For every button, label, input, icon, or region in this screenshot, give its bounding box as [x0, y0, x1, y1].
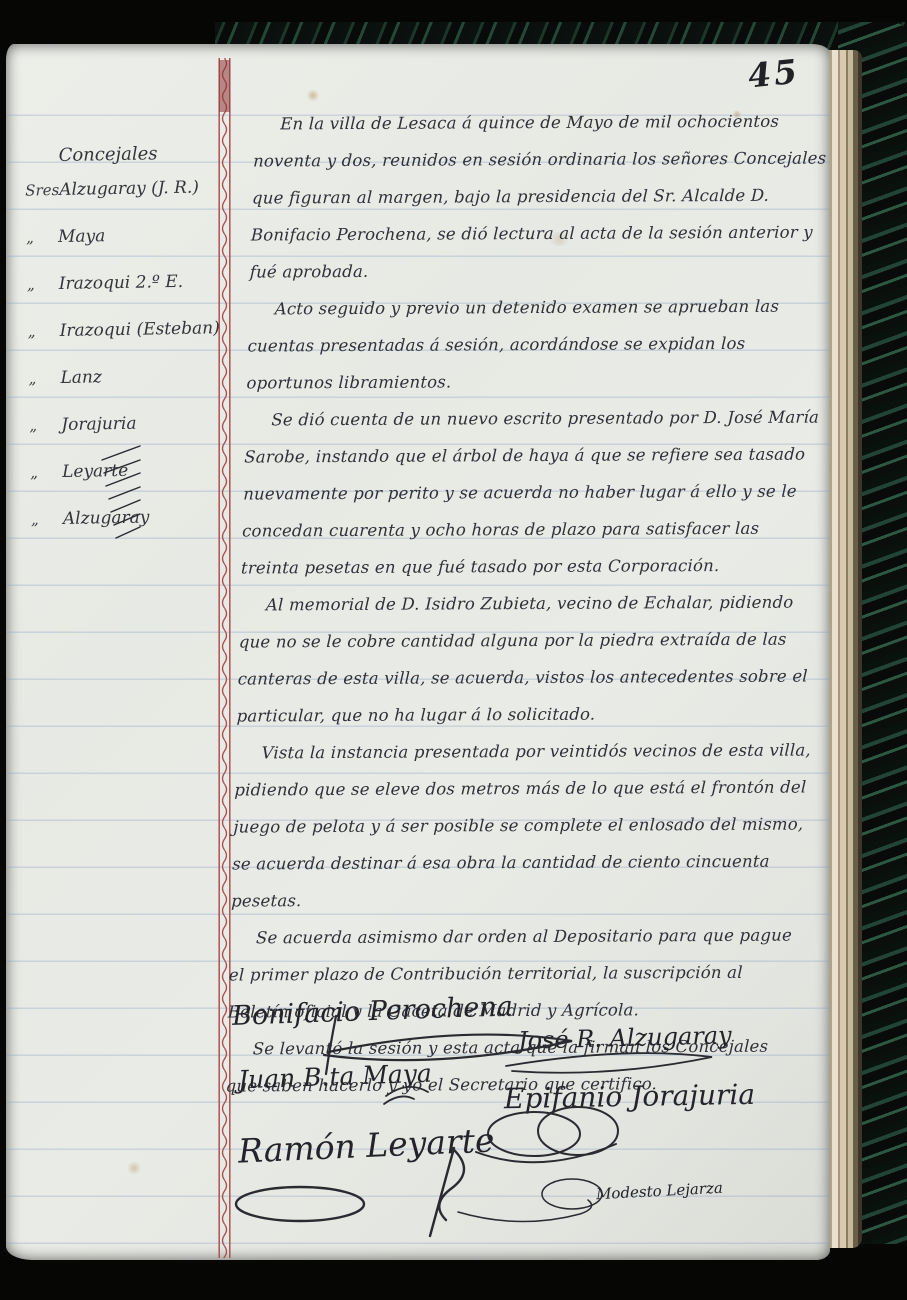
ditto-mark: „ — [30, 463, 62, 482]
signature-flourish-leyarte — [236, 1148, 464, 1236]
margin-member-row: „ Irazoqui 2.º E. — [27, 271, 210, 321]
minutes-paragraph: Se dió cuenta de un nuevo escrito presen… — [241, 398, 825, 586]
ditto-mark: „ — [26, 228, 58, 247]
member-name: Alzugaray — [63, 507, 150, 529]
margin-member-row: „ Irazoqui (Esteban) — [27, 318, 210, 368]
margin-member-row: „ Alzugaray — [31, 506, 214, 556]
margin-member-row: „ Lanz — [28, 365, 211, 415]
margin-member-row: „ Jorajuria — [29, 412, 212, 462]
ditto-mark: „ — [29, 416, 61, 435]
minutes-paragraph: Al memorial de D. Isidro Zubieta, vecino… — [236, 583, 818, 734]
signature-flourish-jorajuria — [476, 1107, 618, 1162]
foxing-stain — [126, 1162, 142, 1174]
margin-member-row: Sres Alzugaray (J. R.) — [25, 177, 208, 227]
page-number: 45 — [746, 51, 802, 95]
minutes-paragraph: Se levantó la sesión y esta acta que la … — [225, 1027, 805, 1104]
minutes-body-text: En la villa de Lesaca á quince de Mayo d… — [225, 102, 833, 1104]
photo-of-open-book: { "colors": { "background": "#060605", "… — [0, 0, 907, 1300]
ditto-mark: Sres — [25, 181, 59, 200]
member-name: Jorajuria — [61, 414, 137, 435]
minutes-paragraph: Vista la instancia presentada por veinti… — [231, 731, 815, 919]
foxing-stain — [306, 90, 320, 101]
margin-heading: Concejales — [58, 142, 206, 166]
margin-member-row: „ Leyarte — [30, 459, 213, 509]
ditto-mark: „ — [28, 322, 60, 341]
member-name: Lanz — [60, 367, 102, 388]
signature-flourish-lejarza — [458, 1179, 602, 1222]
member-name: Alzugaray (J. R.) — [59, 178, 199, 200]
manuscript-page: 45 Concejales Sres Alzugaray (J. R.) „ M… — [6, 44, 830, 1260]
minutes-paragraph: Acto seguido y previo un detenido examen… — [246, 287, 827, 401]
signature: Ramón Leyarte — [237, 1120, 495, 1170]
ditto-mark: „ — [28, 369, 60, 388]
member-name: Irazoqui 2.º E. — [59, 272, 184, 294]
margin-members: Sres Alzugaray (J. R.) „ Maya „ Irazoqui… — [25, 177, 214, 556]
minutes-paragraph: En la villa de Lesaca á quince de Mayo d… — [249, 102, 833, 290]
margin-member-row: „ Maya — [26, 224, 209, 274]
member-name: Maya — [58, 226, 106, 247]
margin-attendee-list: Concejales Sres Alzugaray (J. R.) „ Maya… — [24, 142, 213, 556]
ditto-mark: „ — [27, 275, 59, 294]
member-name: Irazoqui (Esteban) — [59, 318, 219, 341]
member-name: Leyarte — [62, 461, 128, 482]
ditto-mark: „ — [31, 510, 63, 529]
signature: Modesto Lejarza — [596, 1179, 724, 1204]
minutes-paragraph: Se acuerda asimismo dar orden al Deposit… — [227, 916, 808, 1030]
